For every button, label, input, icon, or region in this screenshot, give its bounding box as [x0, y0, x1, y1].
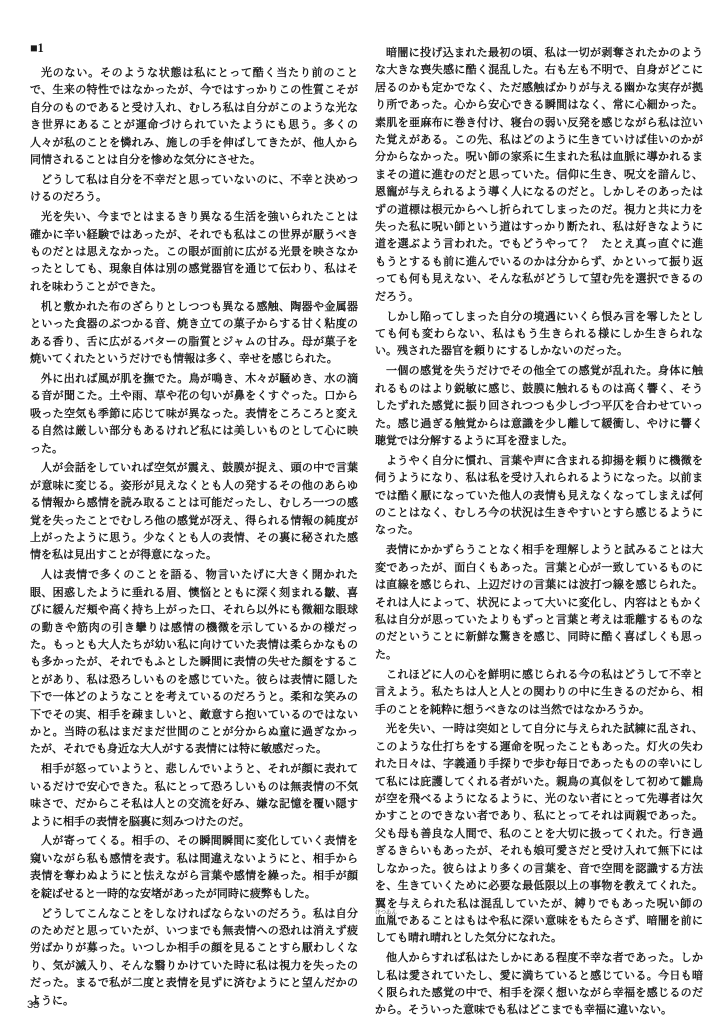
paragraph: どうして私は自分を不幸だと思っていないのに、不幸と決めつけるのだろう。: [30, 172, 358, 207]
paragraph: 光を失い、一時は突如として自分に与えられた試練に乱され、このような仕打ちをする運…: [375, 721, 703, 947]
paragraph: ようやく自分に慣れ、言葉や声に含まれる抑揚を頼りに機微を伺うようになり、私は私を…: [375, 453, 703, 540]
paragraph: 机と敷かれた布のざらりとしつつも異なる感触、陶器や金属器といった食器のぶつかる音…: [30, 299, 358, 369]
page-number: 33: [27, 999, 39, 1011]
paragraph: どうしてこんなことをしなければならないのだろう。私は自分のためだと思っていたが、…: [30, 906, 358, 1010]
paragraph: 外に出れば風が肌を撫でた。鳥が鳴き、木々が騒めき、水の滴る音が聞こた。土や雨、草…: [30, 371, 358, 458]
paragraph: 他人からすれば私はたしかにある程度不幸な者であった。しかし私は愛されていたし、愛…: [375, 950, 703, 1020]
paragraph: 暗闇に投げ込まれた最初の頃、私は一切が剥奪されたかのような大きな喪失感に酷く混乱…: [375, 45, 703, 306]
right-column: 暗闇に投げ込まれた最初の頃、私は一切が剥奪されたかのような大きな喪失感に酷く混乱…: [375, 40, 703, 1020]
paragraph: 光を失い、今までとはまるきり異なる生活を強いられたことは確かに辛い経験ではあった…: [30, 209, 358, 296]
paragraph: 相手が怒っていようと、悲しんでいようと、それが顔に表れているだけで安心できた。私…: [30, 761, 358, 831]
paragraph: 表情にかかずらうことなく相手を理解しようと試みることは大変であったが、面白くもあ…: [375, 542, 703, 664]
paragraph: しかし陥ってしまった自分の境遇にいくら恨み言を零したとしても何も変わらない、私は…: [375, 309, 703, 361]
paragraph: 人は表情で多くのことを語る、物言いたげに大きく開かれた眼、困惑したように垂れる眉…: [30, 567, 358, 758]
left-column: ■1 光のない。そのような状態は私にとって酷く当たり前のことで、生来の特性ではな…: [30, 40, 358, 1010]
paragraph: 一個の感覚を失うだけでその他全ての感覚が乱れた。身体に触れるものはより鋭敏に感じ…: [375, 363, 703, 450]
paragraph: 人が寄ってくる。相手の、その瞬間瞬間に変化していく表情を窺いながら私も感情を表す…: [30, 833, 358, 903]
text-columns: ■1 光のない。そのような状態は私にとって酷く当たり前のことで、生来の特性ではな…: [30, 40, 703, 1020]
paragraph: これほどに人の心を鮮明に感じられる今の私はどうして不幸と言えよう。私たちは人と人…: [375, 667, 703, 719]
document-page: ■1 光のない。そのような状態は私にとって酷く当たり前のことで、生来の特性ではな…: [0, 0, 722, 1024]
paragraph: 人が会話をしていれば空気が震え、鼓膜が捉え、頭の中で言葉が意味に変じる。姿形が見…: [30, 460, 358, 564]
section-heading: ■1: [30, 40, 358, 57]
paragraph: 光のない。そのような状態は私にとって酷く当たり前のことで、生来の特性ではなかった…: [30, 65, 358, 169]
ruby-annotation: 血胤けつゐん: [375, 915, 397, 927]
